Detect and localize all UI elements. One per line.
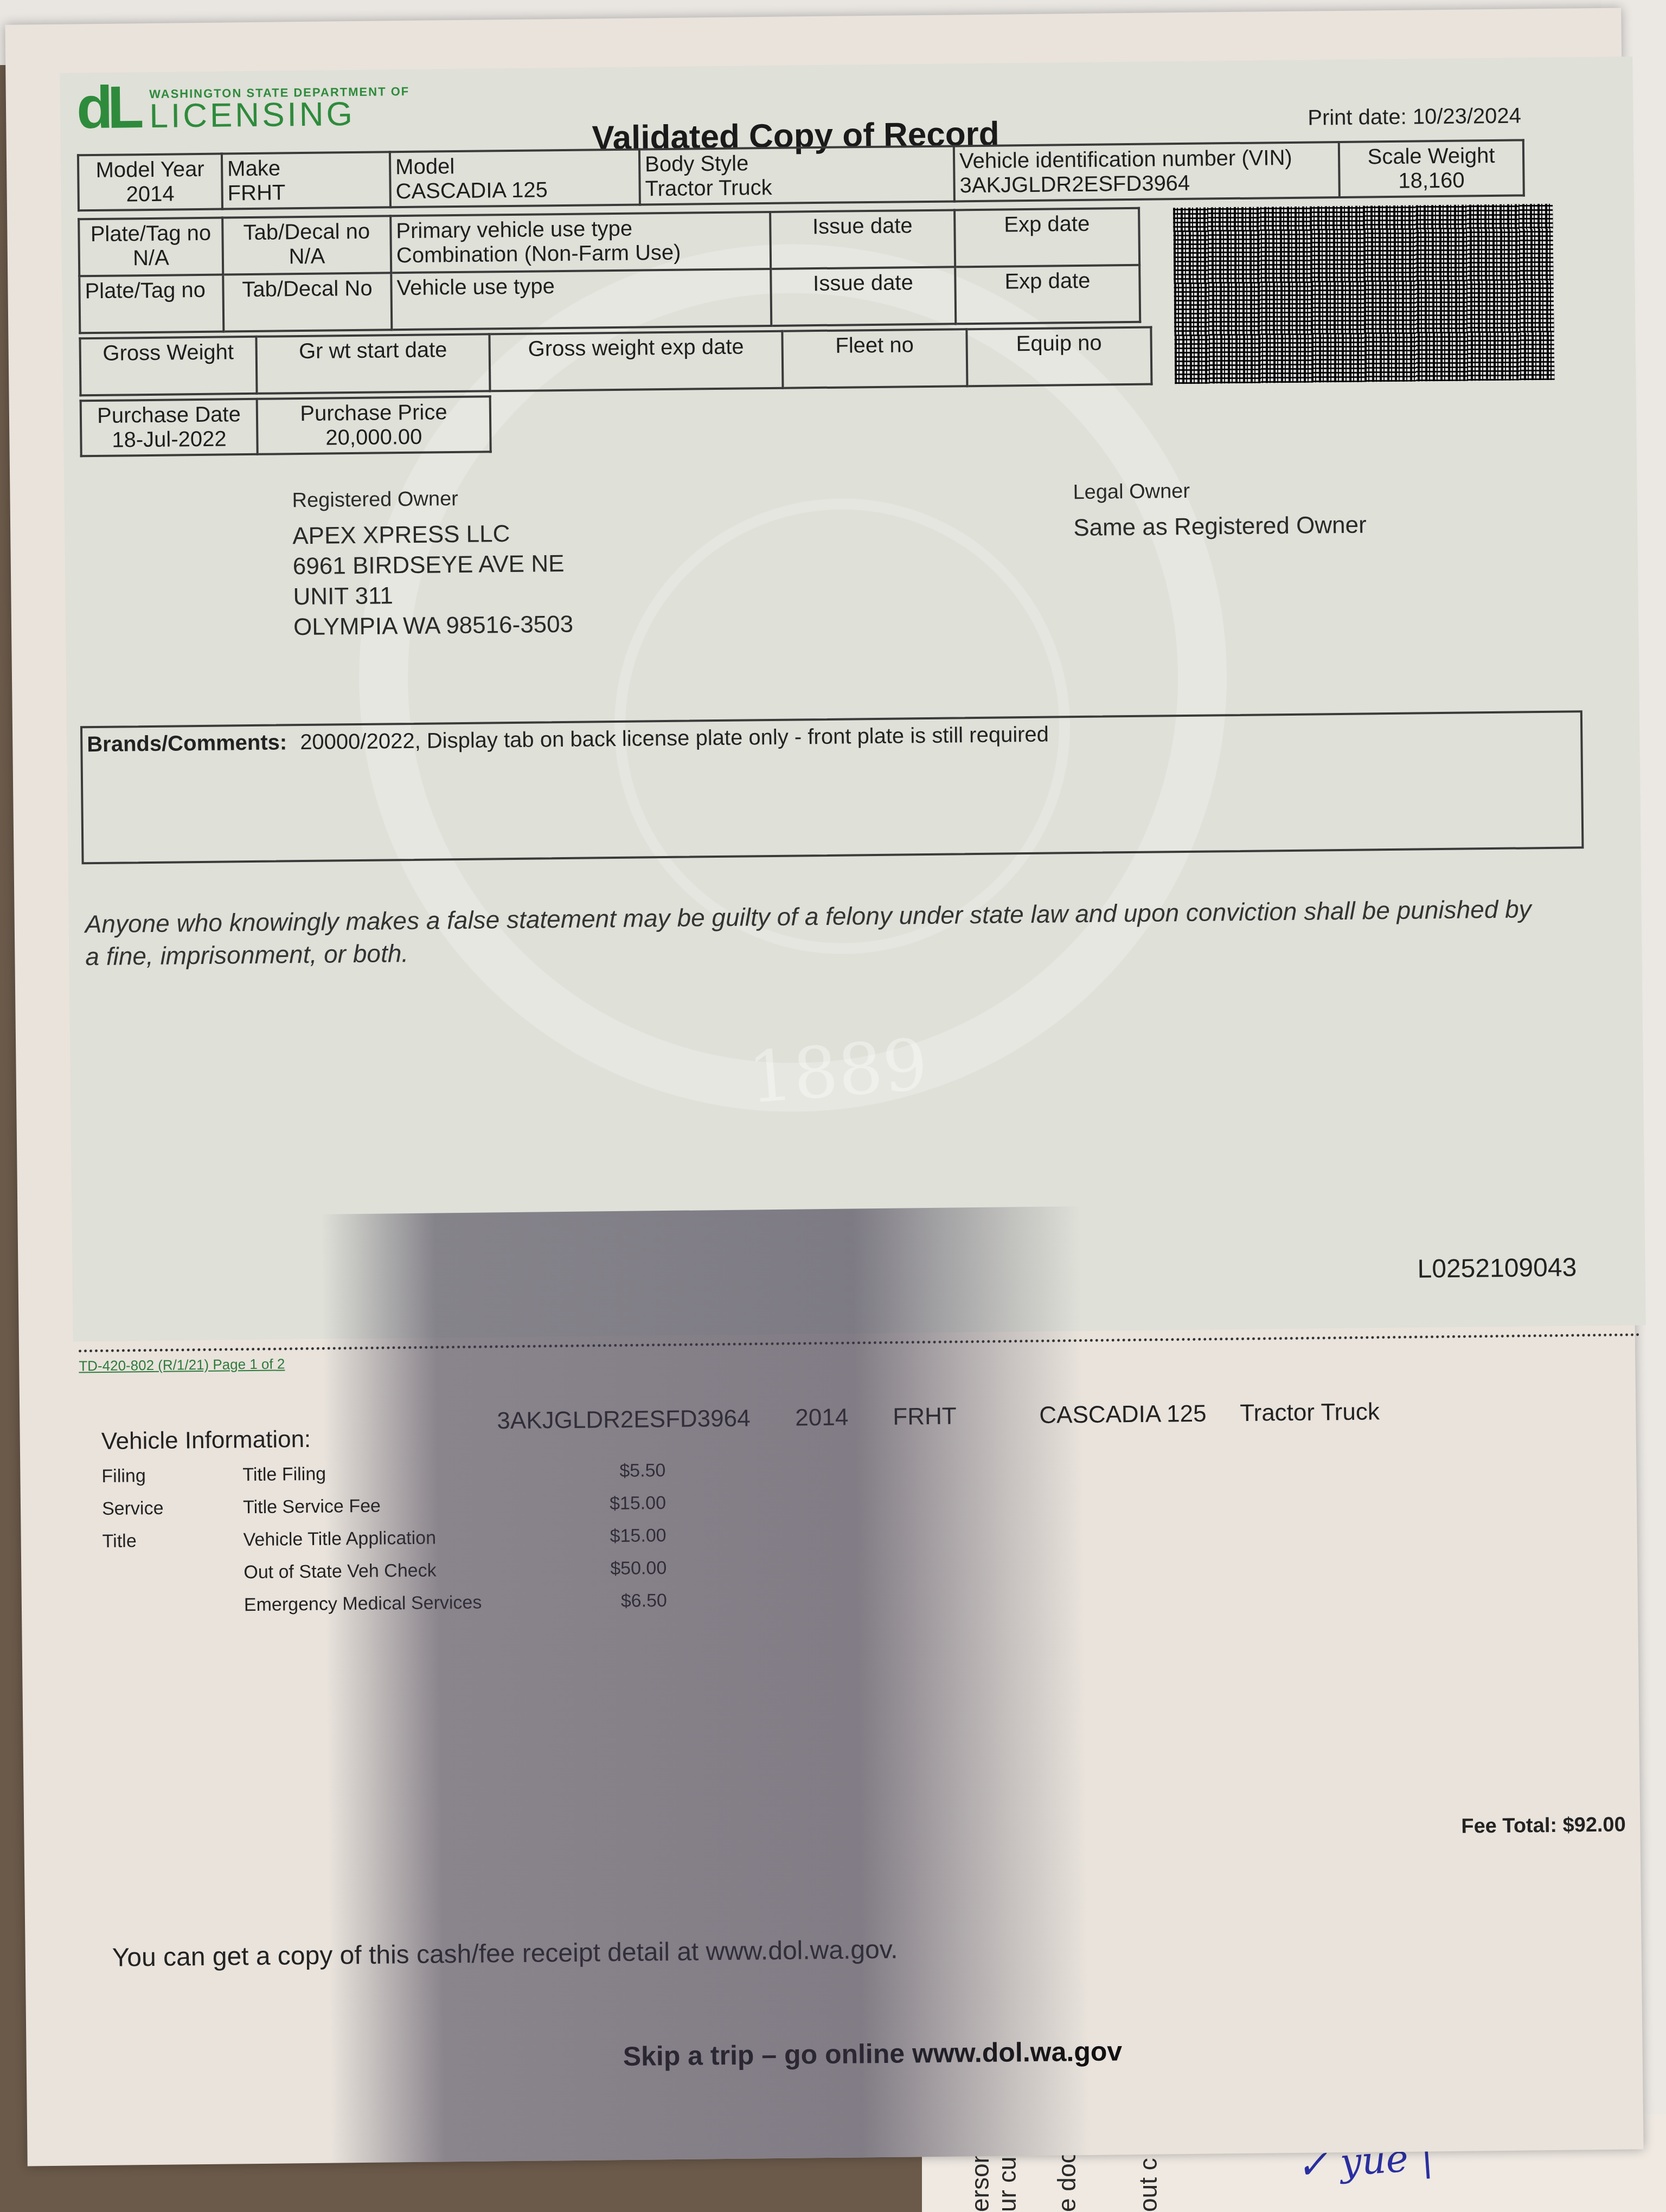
purchase-date-label: Purchase Date — [86, 402, 252, 428]
registered-owner-block: Registered Owner APEX XPRESS LLC 6961 BI… — [292, 483, 573, 642]
issue-date-label-secondary: Issue date — [776, 270, 950, 296]
make-label: Make — [227, 155, 385, 181]
brands-comments-label: Brands/Comments: — [87, 730, 287, 756]
receipt-body: Tractor Truck — [1240, 1398, 1380, 1427]
pdf417-barcode — [1173, 204, 1554, 384]
fee-description: Vehicle Title Application — [243, 1526, 568, 1551]
vehicle-use-type-label: Vehicle use type — [396, 272, 765, 300]
model-value: CASCADIA 125 — [395, 177, 634, 204]
fee-category: Filing — [101, 1465, 210, 1487]
print-date: Print date: 10/23/2024 — [1308, 104, 1521, 130]
owner-line: 6961 BIRDSEYE AVE NE — [293, 549, 573, 582]
fee-amount: $5.50 — [568, 1460, 665, 1482]
gross-weight-label: Gross Weight — [86, 340, 251, 366]
dol-logo: dL WASHINGTON STATE DEPARTMENT OF LICENS… — [76, 80, 410, 132]
body-style-label: Body Style — [645, 150, 949, 177]
fee-list: FilingTitle Filing$5.50 ServiceTitle Ser… — [101, 1466, 103, 1629]
brands-comments-value: 20000/2022, Display tab on back license … — [300, 723, 1049, 754]
dol-logo-icon: dL — [76, 83, 139, 132]
fee-description: Out of State Veh Check — [244, 1559, 569, 1583]
gross-weight-start-label: Gr wt start date — [262, 337, 484, 364]
background-text-fragment: erson — [965, 2150, 995, 2212]
receipt-model: CASCADIA 125 — [1039, 1400, 1207, 1429]
primary-use-type-label: Primary vehicle use type — [396, 215, 765, 243]
agency-name-big: LICENSING — [149, 99, 410, 132]
gross-weight-exp-label: Gross weight exp date — [495, 335, 777, 362]
owner-line: APEX XPRESS LLC — [292, 518, 573, 551]
primary-use-type-value: Combination (Non-Farm Use) — [396, 240, 765, 268]
plate-label-secondary: Plate/Tag no — [85, 278, 217, 304]
plate-value: N/A — [85, 246, 217, 272]
receipt-copy-note: You can get a copy of this cash/fee rece… — [112, 1935, 898, 1973]
form-number: TD-420-802 (R/1/21) Page 1 of 2 — [79, 1355, 285, 1374]
background-text-fragment: out c — [1133, 2158, 1163, 2212]
registration-table: Plate/Tag noN/A Tab/Decal noN/A Primary … — [78, 207, 1141, 335]
fee-category: Service — [102, 1497, 210, 1520]
background-text-fragment: e doc — [1052, 2151, 1081, 2212]
tab-label-secondary: Tab/Decal No — [228, 276, 386, 302]
validated-record-document: 1889 dL WASHINGTON STATE DEPARTMENT OF L… — [5, 8, 1643, 2166]
fee-row: TitleVehicle Title Application$15.00 — [102, 1531, 103, 1564]
seal-year: 1889 — [745, 1023, 931, 1120]
photo-shadow — [321, 1206, 1090, 2163]
vehicle-information-label: Vehicle Information: — [101, 1426, 311, 1455]
gross-weight-table: Gross Weight Gr wt start date Gross weig… — [79, 326, 1152, 397]
model-year-label: Model Year — [84, 157, 216, 183]
tab-value: N/A — [228, 243, 386, 269]
legal-owner-block: Legal Owner Same as Registered Owner — [1073, 474, 1367, 543]
exp-date-label-secondary: Exp date — [960, 268, 1134, 294]
registered-owner-label: Registered Owner — [292, 483, 572, 516]
exp-date-label: Exp date — [960, 211, 1133, 237]
owner-line: UNIT 311 — [293, 579, 573, 612]
fleet-no-label: Fleet no — [787, 332, 961, 358]
fee-row: Emergency Medical Services$6.50 — [103, 1596, 104, 1629]
plate-label: Plate/Tag no — [84, 221, 217, 247]
fee-total: Fee Total: $92.00 — [1461, 1814, 1626, 1838]
make-value: FRHT — [227, 179, 385, 205]
fee-row: Out of State Veh Check$50.00 — [102, 1564, 103, 1596]
receipt-make: FRHT — [893, 1403, 957, 1430]
owner-line: OLYMPIA WA 98516-3503 — [293, 609, 574, 642]
fee-amount: $6.50 — [569, 1590, 667, 1612]
fee-amount: $15.00 — [568, 1525, 666, 1547]
tab-label: Tab/Decal no — [228, 219, 385, 245]
background-text-fragment: ur cu — [992, 2157, 1022, 2212]
purchase-table: Purchase Date18-Jul-2022 Purchase Price2… — [80, 395, 492, 457]
fee-amount: $15.00 — [568, 1493, 666, 1515]
fee-description: Title Filing — [242, 1461, 568, 1486]
document-number: L0252109043 — [1417, 1252, 1577, 1284]
fee-description: Emergency Medical Services — [244, 1591, 569, 1616]
receipt-vin: 3AKJGLDR2ESFD3964 — [497, 1405, 751, 1435]
legal-owner-value: Same as Registered Owner — [1073, 510, 1367, 543]
brands-comments-box: Brands/Comments:20000/2022, Display tab … — [80, 710, 1584, 864]
purchase-date-value: 18-Jul-2022 — [86, 427, 252, 453]
scale-weight-value: 18,160 — [1344, 168, 1518, 194]
fee-description: Title Service Fee — [243, 1494, 568, 1518]
scale-weight-label: Scale Weight — [1344, 144, 1518, 170]
fee-amount: $50.00 — [569, 1558, 667, 1580]
model-label: Model — [395, 153, 634, 180]
fee-category — [103, 1595, 212, 1596]
fee-category — [102, 1562, 211, 1564]
fee-row: ServiceTitle Service Fee$15.00 — [102, 1499, 102, 1531]
vin-value: 3AKJGLDR2ESFD3964 — [959, 170, 1334, 198]
purchase-price-value: 20,000.00 — [262, 424, 485, 451]
vin-label: Vehicle identification number (VIN) — [959, 145, 1334, 173]
body-style-value: Tractor Truck — [645, 174, 949, 202]
fee-category: Title — [102, 1530, 211, 1552]
model-year-value: 2014 — [84, 182, 216, 208]
receipt-year: 2014 — [795, 1404, 848, 1432]
fee-row: FilingTitle Filing$5.50 — [101, 1466, 102, 1499]
skip-a-trip-message: Skip a trip – go online www.dol.wa.gov — [623, 2035, 1122, 2072]
purchase-price-label: Purchase Price — [262, 400, 485, 426]
legal-owner-label: Legal Owner — [1073, 474, 1366, 507]
equip-no-label: Equip no — [972, 331, 1145, 357]
issue-date-label: Issue date — [776, 214, 949, 240]
